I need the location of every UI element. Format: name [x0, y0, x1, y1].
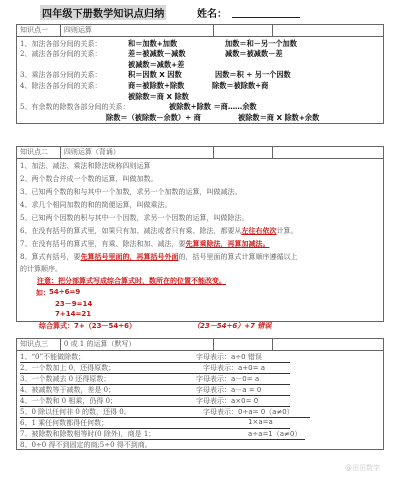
rule-formula: 1×a=a: [248, 418, 273, 426]
rule-row: 7、被除数和除数相等时(0 除外)，商是 1； a÷a=1（a≠0）: [20, 429, 305, 440]
header-empty-cell: [214, 25, 273, 36]
header-empty-cell: [273, 339, 383, 350]
rule-text: 5、0 除以任何非 0 的数，还得 0。: [20, 408, 131, 416]
highlight-text: 先算乘除法，再算加减法。: [185, 240, 269, 248]
row-label: 2、减法各部分间的关系：: [20, 49, 101, 59]
section-label: 知识点一: [17, 25, 61, 36]
rule-formula: a÷a=1（a≠0）: [248, 429, 301, 439]
rule-row: 3、一个数减去 0 还得原数； 字母表示：a－0= a: [20, 374, 290, 385]
rule-row: 8、0÷0 得不到固定的商;5÷0 得不到商。: [20, 440, 152, 450]
rule-text: 4、被减数等于减数，差是 0；: [20, 386, 115, 394]
header-empty-cell: [214, 339, 273, 350]
row-label: 4、除法各部分间的关系：: [20, 81, 101, 91]
highlight-text: 先算括号里面的，再算括号外面: [80, 253, 178, 261]
rule-text: 7、被除数和除数相等时(0 除外)，商是 1；: [20, 430, 155, 438]
formula: 差＝被减数－减数: [128, 49, 186, 59]
row-label: 3、乘法各部分间的关系：: [20, 70, 101, 80]
rule-text: 3、一个数减去 0 还得原数；: [20, 375, 110, 383]
formula: 被减数＝减数+差: [128, 60, 184, 70]
combined-formula: 综合算式：7+（23－54÷6）: [39, 321, 136, 331]
item-text: 6、在没有括号的算式里，如果只有加、减法或者只有乘、除法，都要从: [20, 227, 241, 235]
watermark: @田田数学: [345, 463, 380, 473]
list-item: 4、求几个相同加数的和的简便运算，叫做乘法。: [20, 200, 171, 210]
rule-text: 1、“0”不能做除数；: [20, 353, 85, 361]
rule-text: 2、一个数加上 0，还得原数；: [20, 364, 115, 372]
rule-row: 4、一个数和 0 相乘，仍得 0； 字母表示：a×0= 0: [20, 396, 290, 407]
item-text: 的，括号里面的算式计算顺序遵循以上: [178, 253, 297, 261]
formula: 除数＝被除数÷商: [212, 81, 268, 91]
section-2: 知识点二 四则运算（背诵） 1、加法、减法、乘法和除法统称四则运算 2、两个数合…: [16, 146, 384, 322]
page-header: 四年级下册数学知识点归纳 姓名：: [0, 4, 400, 20]
formula: 减数＝被减数－差: [225, 49, 283, 59]
formula: 商＝被除数÷除数: [128, 81, 184, 91]
formula: 被除数＝商 X 除数: [128, 92, 189, 102]
section-topic: 四则运算（背诵）: [61, 147, 215, 158]
item-text: 计算。: [276, 227, 297, 235]
example-step: 54÷6=9: [49, 288, 80, 296]
rule-formula: 字母表示：a×0= 0: [196, 396, 258, 406]
list-item: 8、算式有括号，要先算括号里面的，再算括号外面的，括号里面的算式计算顺序遵循以上: [20, 252, 297, 262]
section-label: 知识点二: [17, 147, 61, 158]
list-item: 5、已知两个因数的积与其中一个因数，求另一个因数的运算，叫做除法。: [20, 213, 248, 223]
formula: 加数＝和－另一个加数: [225, 39, 297, 49]
wrong-formula: （23－54÷6）+7 错误: [193, 321, 271, 331]
rule-row: 6、1 乘任何数都得任何数； 1×a=a: [20, 418, 290, 429]
highlight-text: 左往右依次: [241, 227, 276, 235]
formula: 除数＝（被除数－余数）÷ 商: [106, 113, 201, 123]
rule-formula: 字母表示：a÷0 错误: [196, 352, 262, 362]
name-blank-line: [232, 17, 300, 18]
formula: 积＝因数 X 因数: [128, 70, 182, 80]
section-topic: 0 或 1 的运算（默写）: [61, 339, 215, 350]
rule-formula: 字母表示：a+0= a: [203, 363, 265, 373]
example-label: 如：: [36, 288, 50, 298]
rule-text: 6、1 乘任何数都得任何数；: [20, 419, 108, 427]
rule-text: 4、一个数和 0 相乘，仍得 0；: [20, 397, 117, 405]
example-step: 23－9=14: [55, 299, 92, 309]
list-item: 1、加法、减法、乘法和除法统称四则运算: [20, 161, 150, 171]
row-label: 5、有余数的除数各部分间的关系：: [20, 102, 129, 112]
list-item: 7、在没有括号的算式里，有乘、除法和加、减法，要先算乘除法，再算加减法。: [20, 239, 269, 249]
formula: 被除数＝商 X 除数+余数: [238, 113, 319, 123]
note-text: 注意：把分部算式写成综合算式时，数所在的位置不能改变。: [37, 276, 226, 286]
formula: 和＝加数+加数: [128, 39, 177, 49]
item-text: 7、在没有括号的算式里，有乘、除法和加、减法，要: [20, 240, 185, 248]
list-item: 6、在没有括号的算式里，如果只有加、减法或者只有乘、除法，都要从左往右依次计算。: [20, 226, 297, 236]
section-label: 知识点三: [17, 339, 61, 350]
rule-formula: 字母表示：0÷a= 0（a≠0）: [203, 407, 294, 417]
name-label: 姓名：: [197, 5, 227, 20]
rule-row: 4、被减数等于减数，差是 0； 字母表示：a－a = 0: [20, 385, 290, 396]
rule-text: 8、0÷0 得不到固定的商;5÷0 得不到商。: [20, 441, 152, 449]
example-step: 7+14=21: [55, 310, 91, 318]
header-empty-cell: [273, 25, 383, 36]
rule-formula: 字母表示：a－0= a: [196, 374, 259, 384]
formula: 因数＝积 ÷ 另一个因数: [215, 70, 291, 80]
rule-row: 2、一个数加上 0，还得原数； 字母表示：a+0= a: [20, 363, 290, 374]
section-2-header: 知识点二 四则运算（背诵）: [17, 147, 383, 159]
section-1: 知识点一 四则运算 1、加法各部分间的关系： 和＝加数+加数 加数＝和－另一个加…: [16, 24, 384, 124]
section-3: 知识点三 0 或 1 的运算（默写） 1、“0”不能做除数； 字母表示：a÷0 …: [16, 338, 384, 450]
section-1-header: 知识点一 四则运算: [17, 25, 383, 37]
rule-formula: 字母表示：a－a = 0: [196, 385, 261, 395]
rule-row: 5、0 除以任何非 0 的数，还得 0。 字母表示：0÷a= 0（a≠0）: [20, 407, 310, 418]
list-item: 2、两个数合并成一个数的运算，叫做加数。: [20, 174, 157, 184]
item-text: 8、算式有括号，要: [20, 253, 80, 261]
rule-row: 1、“0”不能做除数； 字母表示：a÷0 错误: [20, 352, 290, 363]
section-3-header: 知识点三 0 或 1 的运算（默写）: [17, 339, 383, 351]
header-empty-cell: [214, 147, 273, 158]
formula: 被除数÷除数 ＝商……余数: [169, 102, 257, 112]
row-label: 1、加法各部分间的关系：: [20, 39, 101, 49]
section-topic: 四则运算: [61, 25, 215, 36]
header-empty-cell: [273, 147, 383, 158]
list-item-cont: 的计算顺序。: [20, 264, 62, 274]
list-item: 3、已知两个数的和与其中一个加数，求另一个加数的运算，叫做减法。: [20, 187, 241, 197]
page-title: 四年级下册数学知识点归纳: [40, 5, 166, 20]
